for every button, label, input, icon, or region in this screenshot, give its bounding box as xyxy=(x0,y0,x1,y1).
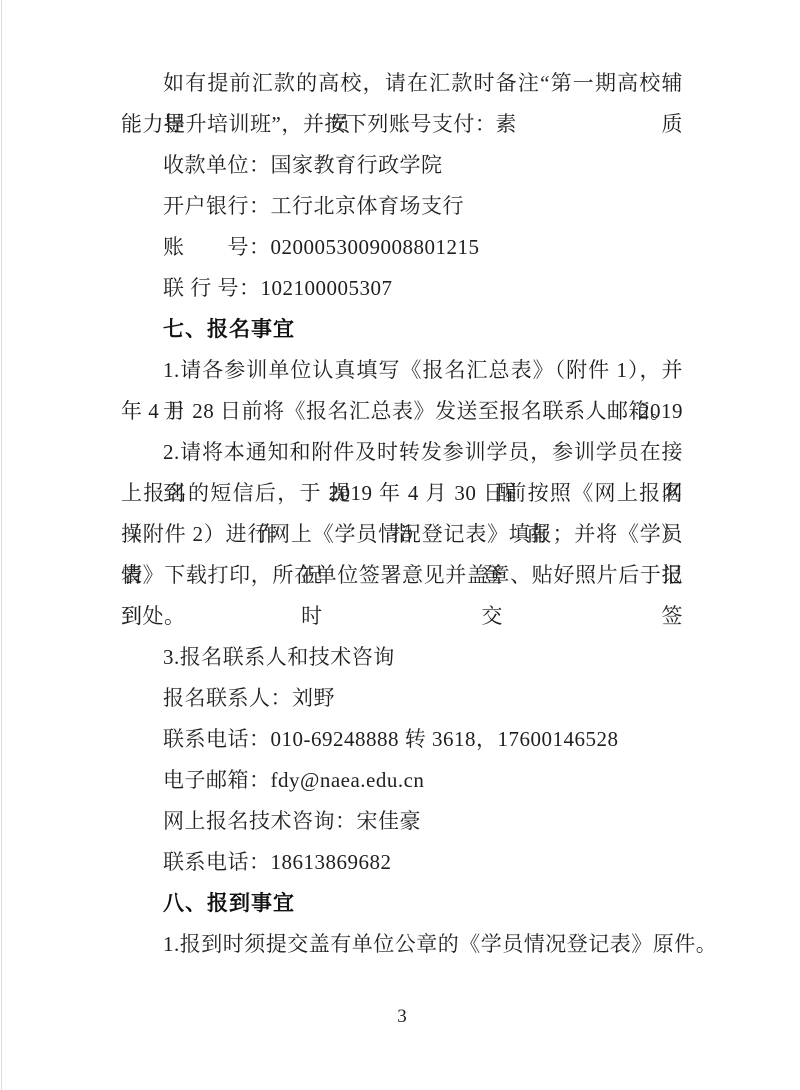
text-line: 联系电话：18613869682 xyxy=(121,842,683,883)
section-heading: 八、报到事宜 xyxy=(121,883,683,924)
text-line: 2.请将本通知和附件及时转发参训学员，参训学员在接到提醒网 xyxy=(121,432,683,473)
text-line: 1.报到时须提交盖有单位公章的《学员情况登记表》原件。 xyxy=(121,924,683,965)
text-line: 电子邮箱：fdy@naea.edu.cn xyxy=(121,760,683,801)
text-line: 表》下载打印，所在单位签署意见并盖章、贴好照片后于报到时交签 xyxy=(121,555,683,596)
text-line: 3.报名联系人和技术咨询 xyxy=(121,637,683,678)
text-line: （附件 2）进行网上《学员情况登记表》填报；并将《学员情况登记 xyxy=(121,514,683,555)
page-number: 3 xyxy=(121,1003,683,1031)
scan-edge-line xyxy=(1,0,2,1090)
text-line: 联 行 号：102100005307 xyxy=(121,268,683,309)
text-line: 网上报名技术咨询：宋佳豪 xyxy=(121,801,683,842)
text-line: 联系电话：010-69248888 转 3618，17600146528 xyxy=(121,719,683,760)
section-heading: 七、报名事宜 xyxy=(121,309,683,350)
text-line: 收款单位：国家教育行政学院 xyxy=(121,145,683,186)
text-line: 1.请各参训单位认真填写《报名汇总表》（附件 1），并于 2019 xyxy=(121,350,683,391)
text-line: 账 号：0200053009008801215 xyxy=(121,227,683,268)
document-body: 如有提前汇款的高校，请在汇款时备注“第一期高校辅导员素质能力提升培训班”，并按下… xyxy=(121,63,683,1031)
text-line: 上报名的短信后，于 2019 年 4 月 30 日前按照《网上报名操作指南》 xyxy=(121,473,683,514)
text-line: 如有提前汇款的高校，请在汇款时备注“第一期高校辅导员素质 xyxy=(121,63,683,104)
text-line: 年 4 月 28 日前将《报名汇总表》发送至报名联系人邮箱。 xyxy=(121,391,683,432)
text-line: 报名联系人：刘野 xyxy=(121,678,683,719)
text-line: 开户银行：工行北京体育场支行 xyxy=(121,186,683,227)
document-page: { "document": { "language": "zh-CN", "ki… xyxy=(0,0,800,1090)
